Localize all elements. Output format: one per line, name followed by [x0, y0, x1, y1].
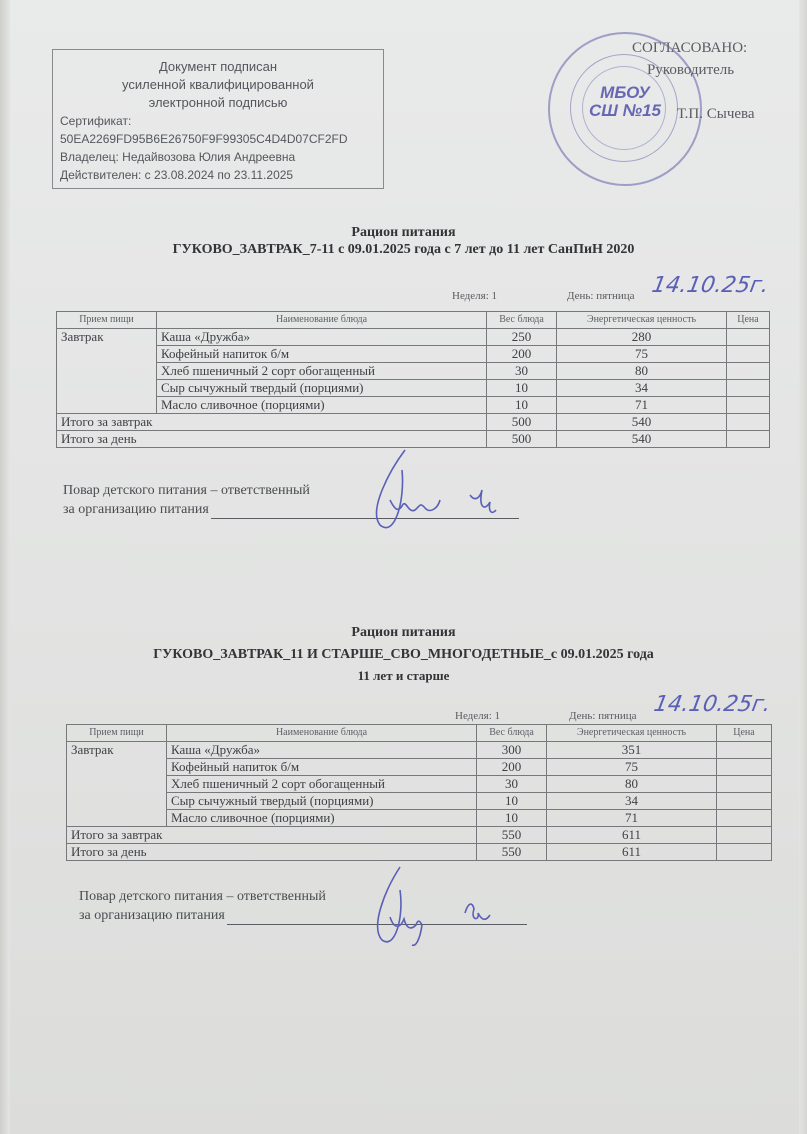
- menu1-table: Прием пищиНаименование блюдаВес блюдаЭне…: [56, 311, 770, 448]
- menu2-handwritten-date: 14.10.25г.: [652, 692, 773, 717]
- esig-validity: Действителен: с 23.08.2024 по 23.11.2025: [60, 166, 383, 184]
- total-weight: 550: [477, 827, 547, 844]
- table-row: Сыр сычужный твердый (порциями)1034: [67, 793, 772, 810]
- menu2-table: Прием пищиНаименование блюдаВес блюдаЭне…: [66, 724, 772, 861]
- dish-price: [727, 397, 770, 414]
- column-header: Прием пищи: [67, 725, 167, 742]
- dish-weight: 30: [477, 776, 547, 793]
- dish-price: [727, 380, 770, 397]
- electronic-signature-box: Документ подписан усиленной квалифициров…: [52, 49, 384, 189]
- total-label: Итого за завтрак: [67, 827, 477, 844]
- dish-weight: 300: [477, 742, 547, 759]
- esig-title: Документ подписан усиленной квалифициров…: [53, 58, 383, 112]
- esig-certificate: 50EA2269FD95B6E26750F9F99305C4D4D07CF2FD: [60, 130, 383, 148]
- menu2-responsible-line2: за организацию питания: [79, 908, 225, 923]
- column-header: Вес блюда: [477, 725, 547, 742]
- menu1-day: День: пятница: [567, 290, 635, 302]
- dish-energy: 71: [547, 810, 717, 827]
- esig-owner: Владелец: Недайвозова Юлия Андреевна: [60, 148, 383, 166]
- dish-energy: 351: [547, 742, 717, 759]
- total-weight: 500: [487, 414, 557, 431]
- total-label: Итого за завтрак: [57, 414, 487, 431]
- dish-price: [727, 329, 770, 346]
- total-price: [717, 827, 772, 844]
- total-price: [727, 414, 770, 431]
- table-row: ЗавтракКаша «Дружба»300351: [67, 742, 772, 759]
- dish-energy: 80: [547, 776, 717, 793]
- menu2-week: Неделя: 1: [455, 710, 500, 722]
- dish-name: Каша «Дружба»: [157, 329, 487, 346]
- menu1-heading: Рацион питания: [0, 225, 807, 241]
- meal-cell: Завтрак: [67, 742, 167, 827]
- esig-certificate-label: Сертификат:: [60, 112, 383, 130]
- table-row: Масло сливочное (порциями)1071: [67, 810, 772, 827]
- menu2-subtitle2: 11 лет и старше: [0, 668, 807, 684]
- dish-weight: 200: [477, 759, 547, 776]
- menu1-handwritten-date: 14.10.25г.: [650, 273, 771, 298]
- total-price: [717, 844, 772, 861]
- dish-weight: 10: [487, 397, 557, 414]
- dish-name: Каша «Дружба»: [167, 742, 477, 759]
- dish-name: Масло сливочное (порциями): [157, 397, 487, 414]
- esig-title-line: электронной подписью: [53, 94, 383, 112]
- dish-name: Хлеб пшеничный 2 сорт обогащенный: [157, 363, 487, 380]
- dish-price: [717, 776, 772, 793]
- menu2-day: День: пятница: [569, 710, 637, 722]
- table-row: Масло сливочное (порциями)1071: [57, 397, 770, 414]
- total-price: [727, 431, 770, 448]
- dish-price: [717, 742, 772, 759]
- dish-name: Кофейный напиток б/м: [157, 346, 487, 363]
- column-header: Цена: [717, 725, 772, 742]
- table-row: Кофейный напиток б/м20075: [67, 759, 772, 776]
- total-row: Итого за завтрак500540: [57, 414, 770, 431]
- dish-name: Масло сливочное (порциями): [167, 810, 477, 827]
- menu1-subtitle: ГУКОВО_ЗАВТРАК_7-11 с 09.01.2025 года с …: [0, 242, 807, 258]
- menu2-heading: Рацион питания: [0, 625, 807, 641]
- column-header: Энергетическая ценность: [547, 725, 717, 742]
- table-row: Хлеб пшеничный 2 сорт обогащенный3080: [67, 776, 772, 793]
- column-header: Наименование блюда: [167, 725, 477, 742]
- dish-energy: 34: [557, 380, 727, 397]
- menu1-responsible-line2: за организацию питания: [63, 502, 209, 517]
- column-header: Энергетическая ценность: [557, 312, 727, 329]
- dish-energy: 280: [557, 329, 727, 346]
- dish-name: Кофейный напиток б/м: [167, 759, 477, 776]
- table-row: Сыр сычужный твердый (порциями)1034: [57, 380, 770, 397]
- dish-weight: 30: [487, 363, 557, 380]
- handwritten-signature: [360, 855, 520, 955]
- dish-weight: 200: [487, 346, 557, 363]
- dish-weight: 250: [487, 329, 557, 346]
- total-row: Итого за завтрак550611: [67, 827, 772, 844]
- dish-energy: 71: [557, 397, 727, 414]
- total-energy: 540: [557, 431, 727, 448]
- dish-energy: 80: [557, 363, 727, 380]
- dish-price: [727, 363, 770, 380]
- paper-edge-left: [0, 0, 10, 1134]
- meal-cell: Завтрак: [57, 329, 157, 414]
- dish-price: [717, 793, 772, 810]
- table-header-row: Прием пищиНаименование блюдаВес блюдаЭне…: [67, 725, 772, 742]
- table-row: Хлеб пшеничный 2 сорт обогащенный3080: [57, 363, 770, 380]
- approval-name: Т.П. Сычева: [677, 106, 755, 123]
- total-energy: 540: [557, 414, 727, 431]
- menu1-week: Неделя: 1: [452, 290, 497, 302]
- approval-agreed: СОГЛАСОВАНО:: [632, 40, 747, 57]
- dish-name: Сыр сычужный твердый (порциями): [167, 793, 477, 810]
- table-header-row: Прием пищиНаименование блюдаВес блюдаЭне…: [57, 312, 770, 329]
- dish-name: Сыр сычужный твердый (порциями): [157, 380, 487, 397]
- table-row: Кофейный напиток б/м20075: [57, 346, 770, 363]
- dish-weight: 10: [477, 793, 547, 810]
- esig-title-line: усиленной квалифицированной: [53, 76, 383, 94]
- dish-price: [717, 810, 772, 827]
- column-header: Наименование блюда: [157, 312, 487, 329]
- dish-weight: 10: [487, 380, 557, 397]
- dish-weight: 10: [477, 810, 547, 827]
- dish-energy: 34: [547, 793, 717, 810]
- dish-price: [727, 346, 770, 363]
- paper-edge-right: [799, 0, 807, 1134]
- column-header: Прием пищи: [57, 312, 157, 329]
- esig-title-line: Документ подписан: [53, 58, 383, 76]
- dish-price: [717, 759, 772, 776]
- dish-energy: 75: [547, 759, 717, 776]
- stamp-text: МБОУ: [550, 84, 700, 101]
- dish-energy: 75: [557, 346, 727, 363]
- column-header: Вес блюда: [487, 312, 557, 329]
- menu2-subtitle: ГУКОВО_ЗАВТРАК_11 И СТАРШЕ_СВО_МНОГОДЕТН…: [0, 647, 807, 663]
- dish-name: Хлеб пшеничный 2 сорт обогащенный: [167, 776, 477, 793]
- total-energy: 611: [547, 827, 717, 844]
- column-header: Цена: [727, 312, 770, 329]
- handwritten-signature: [360, 440, 520, 540]
- table-row: ЗавтракКаша «Дружба»250280: [57, 329, 770, 346]
- total-energy: 611: [547, 844, 717, 861]
- approval-position: Руководитель: [647, 62, 734, 79]
